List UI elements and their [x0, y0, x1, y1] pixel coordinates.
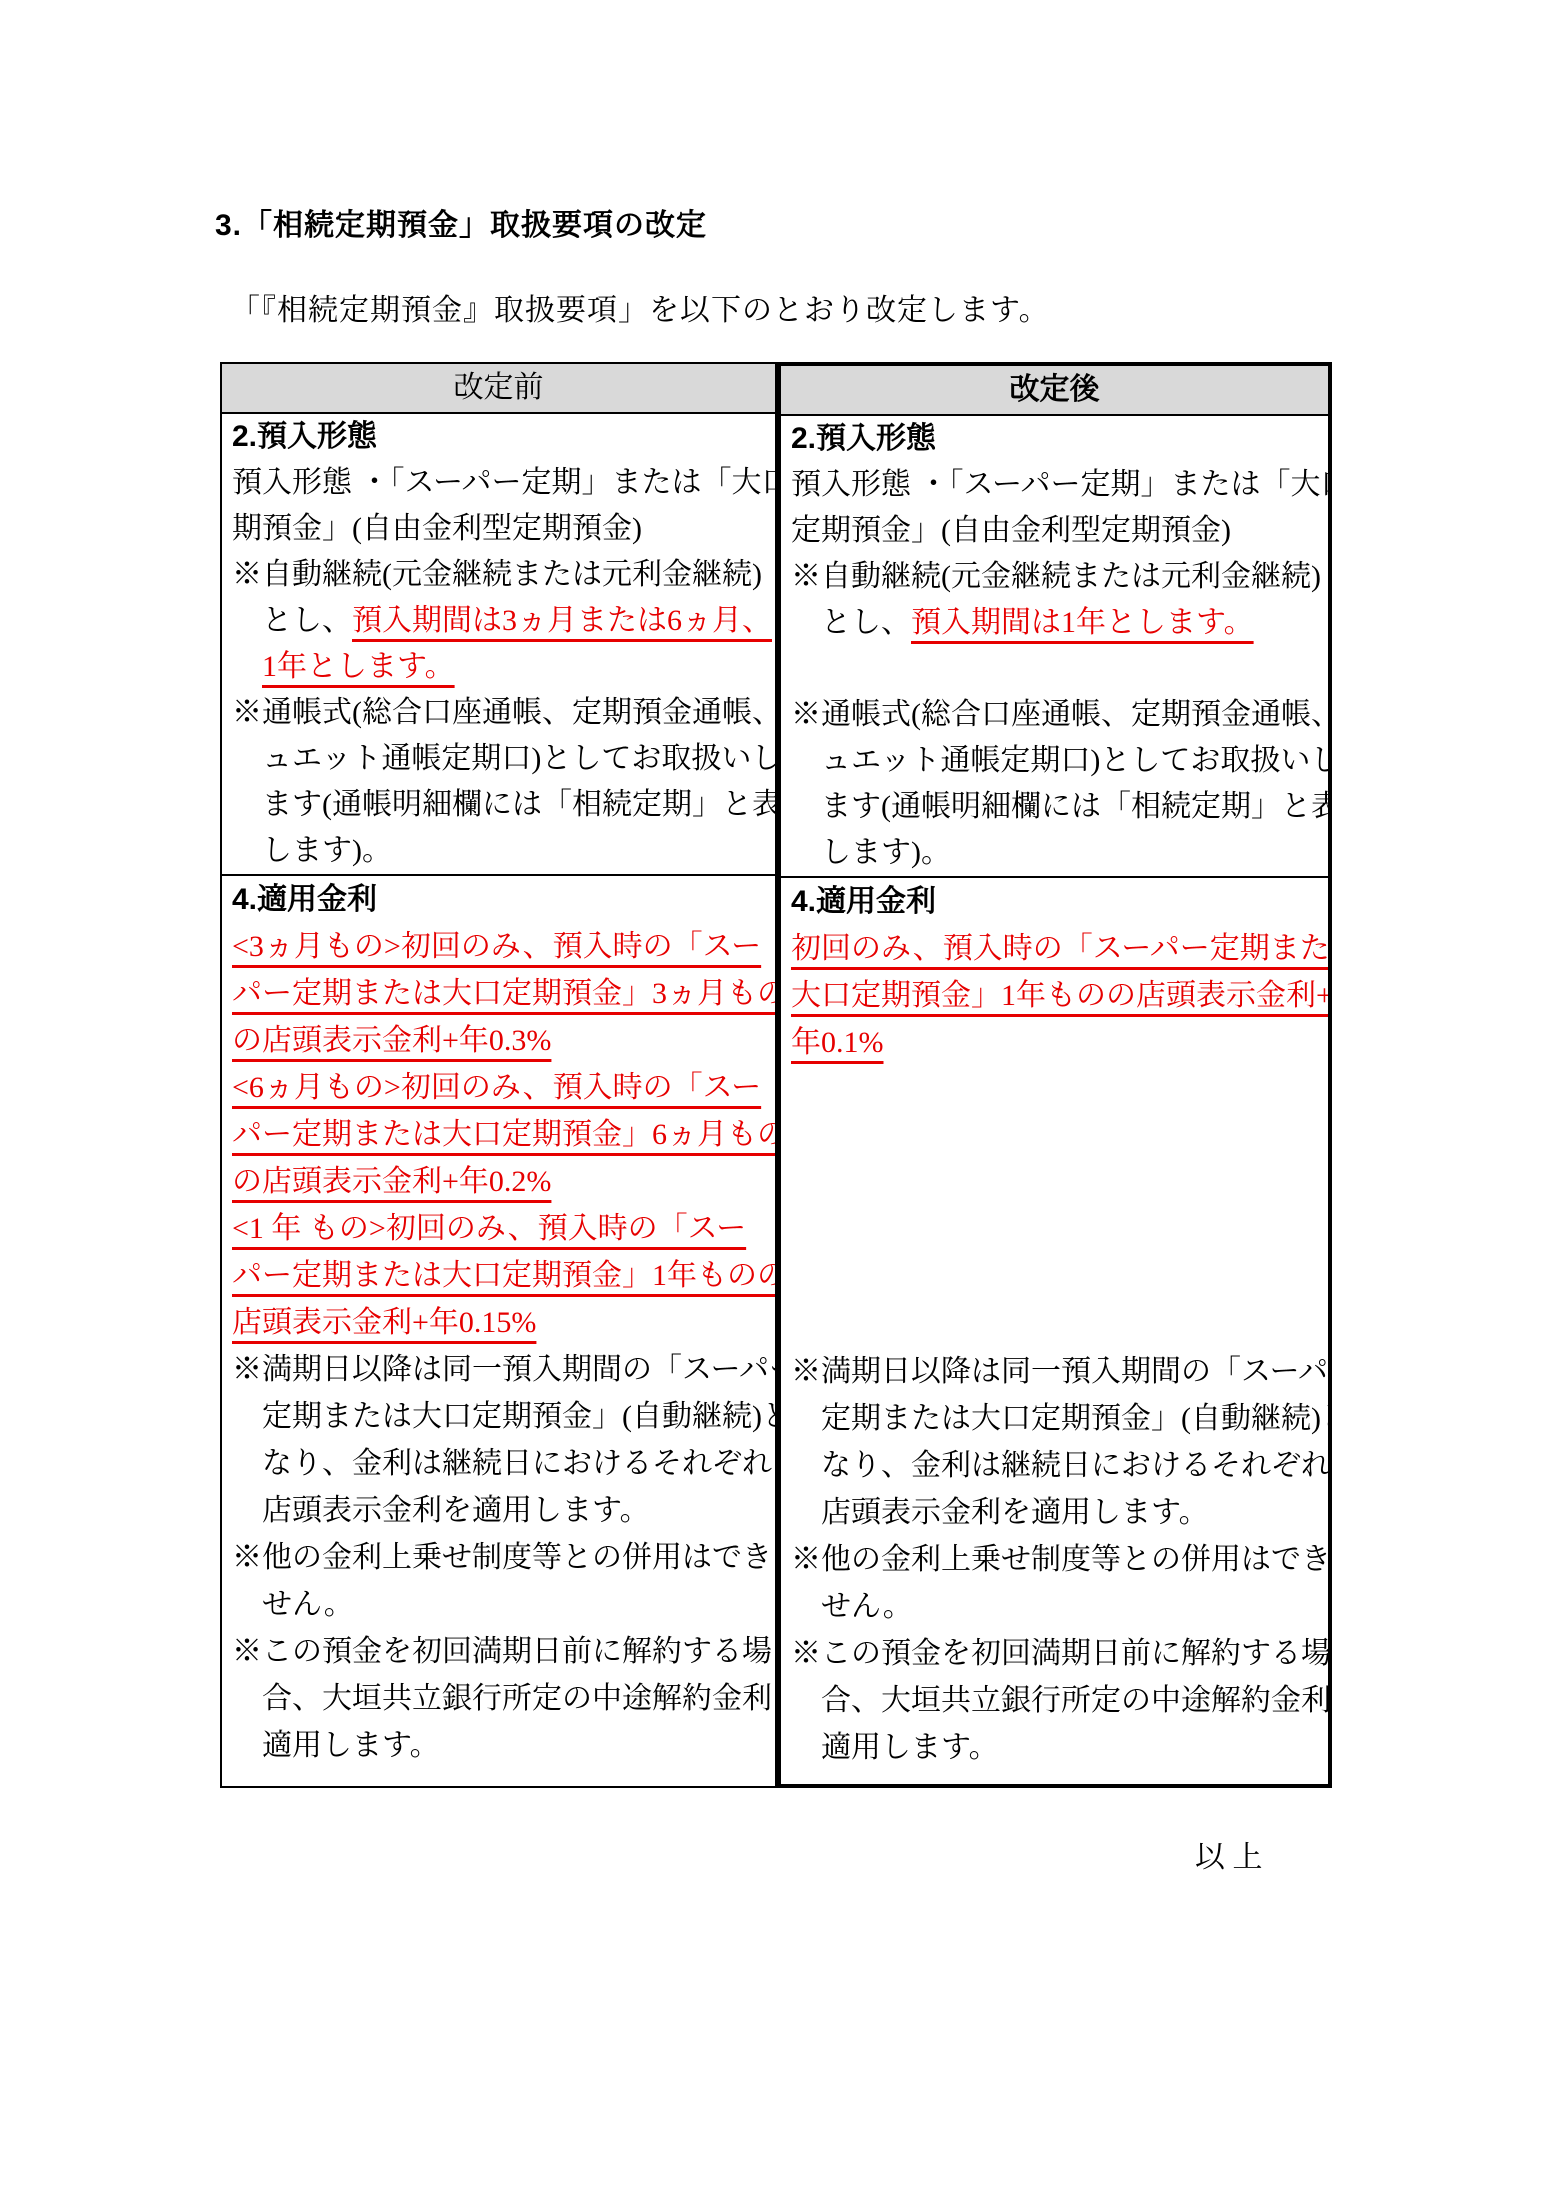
- text-run: 合、大垣共立銀行所定の中途解約金利を: [262, 1682, 775, 1715]
- text-run: します)。: [262, 834, 392, 867]
- blank-line: [791, 1113, 1318, 1160]
- text-run: ュエット通帳定期口)としてお取扱いし: [821, 744, 1328, 777]
- document-page: 3.「相続定期預金」取扱要項の改定 「『相続定期預金』取扱要項」を以下のとおり改…: [0, 0, 1551, 2194]
- page-title: 3.「相続定期預金」取扱要項の改定: [215, 200, 707, 244]
- text-line: ※満期日以降は同一預入期間の「スーパー: [791, 1348, 1318, 1395]
- blank-line: [791, 1301, 1318, 1348]
- text-run: 期預金」(自由金利型定期預金): [232, 512, 642, 545]
- text-line: ュエット通帳定期口)としてお取扱いし: [232, 736, 765, 782]
- text-run: ※自動継続(元金継続または元利金継続): [232, 558, 762, 591]
- revised-text-run: 1年とします。: [262, 650, 455, 683]
- text-run: ※他の金利上乗せ制度等との併用はできま: [232, 1541, 775, 1574]
- revised-text-run: の店頭表示金利+年0.2%: [232, 1165, 551, 1198]
- section-heading-deposit-form: 2.預入形態: [232, 414, 765, 460]
- text-run: 定期預金」(自由金利型定期預金): [791, 514, 1231, 547]
- text-run: 定期または大口定期預金」(自動継続)と: [821, 1402, 1328, 1435]
- blank-line: [791, 646, 1318, 692]
- text-line: ※通帳式(総合口座通帳、定期預金通帳、デ: [232, 690, 765, 736]
- text-run: 定期または大口定期預金」(自動継続)と: [262, 1400, 775, 1433]
- text-run: 適用します。: [262, 1729, 440, 1762]
- blank-line: [791, 1207, 1318, 1254]
- closing-text: 以 上: [1195, 1832, 1263, 1876]
- text-line: パー定期または大口定期預金」3ヵ月もの: [232, 970, 765, 1017]
- text-run: なり、金利は継続日におけるそれぞれの: [262, 1447, 775, 1480]
- revised-text-run: 初回のみ、預入時の「スーパー定期または: [791, 932, 1328, 965]
- header-after-revision: 改定後: [781, 366, 1328, 416]
- cell-before-applied-rate: 4.適用金利 <3ヵ月もの>初回のみ、預入時の「スー パー定期または大口定期預金…: [222, 876, 775, 1786]
- text-line: 定期または大口定期預金」(自動継続)と: [791, 1395, 1318, 1442]
- cell-before-deposit-form: 2.預入形態 預入形態 ・「スーパー定期」または「大口定 期預金」(自由金利型定…: [222, 414, 775, 876]
- text-run: ※満期日以降は同一預入期間の「スーパー: [791, 1355, 1328, 1388]
- text-line: します)。: [791, 830, 1318, 876]
- text-run: 店頭表示金利を適用します。: [262, 1494, 650, 1527]
- text-run: ます(通帳明細欄には「相続定期」と表記: [262, 788, 775, 821]
- text-line: ュエット通帳定期口)としてお取扱いし: [791, 738, 1318, 784]
- revised-text-run: <6ヵ月もの>初回のみ、預入時の「スー: [232, 1071, 761, 1104]
- text-line: 適用します。: [791, 1724, 1318, 1771]
- text-run: ※自動継続(元金継続または元利金継続): [791, 560, 1321, 593]
- text-line: パー定期または大口定期預金」6ヵ月もの: [232, 1111, 765, 1158]
- text-line: 定期または大口定期預金」(自動継続)と: [232, 1393, 765, 1440]
- text-line: 店頭表示金利+年0.15%: [232, 1299, 765, 1346]
- text-run: ます(通帳明細欄には「相続定期」と表記: [821, 790, 1328, 823]
- text-line: 預入形態 ・「スーパー定期」または「大口: [791, 462, 1318, 508]
- text-run: ※他の金利上乗せ制度等との併用はできま: [791, 1543, 1328, 1576]
- text-line: 合、大垣共立銀行所定の中途解約金利を: [232, 1675, 765, 1722]
- text-line: せん。: [232, 1581, 765, 1628]
- text-run: ※通帳式(総合口座通帳、定期預金通帳、デ: [791, 698, 1328, 731]
- revised-text-run: 店頭表示金利+年0.15%: [232, 1306, 536, 1339]
- text-run: 預入形態 ・「スーパー定期」または「大口定: [232, 466, 775, 499]
- text-run: なり、金利は継続日におけるそれぞれの: [821, 1449, 1328, 1482]
- text-line: ます(通帳明細欄には「相続定期」と表記: [232, 782, 765, 828]
- revised-text-run: 年0.1%: [791, 1026, 884, 1059]
- text-line: とし、預入期間は3ヵ月または6ヵ月、: [232, 598, 765, 644]
- blank-line: [791, 1254, 1318, 1301]
- text-run: とし、: [262, 604, 352, 637]
- text-line: ※この預金を初回満期日前に解約する場: [791, 1630, 1318, 1677]
- text-run: せん。: [262, 1588, 354, 1621]
- text-line: ※自動継続(元金継続または元利金継続): [791, 554, 1318, 600]
- revised-text-run: パー定期または大口定期預金」1年ものの: [232, 1259, 775, 1292]
- text-line: 預入形態 ・「スーパー定期」または「大口定: [232, 460, 765, 506]
- cell-after-deposit-form: 2.預入形態 預入形態 ・「スーパー定期」または「大口 定期預金」(自由金利型定…: [781, 416, 1328, 878]
- text-line: ※他の金利上乗せ制度等との併用はできま: [791, 1536, 1318, 1583]
- text-line: 初回のみ、預入時の「スーパー定期または: [791, 925, 1318, 972]
- text-line: します)。: [232, 828, 765, 874]
- header-before-revision: 改定前: [222, 364, 775, 414]
- text-line: <1 年 もの>初回のみ、預入時の「スー: [232, 1205, 765, 1252]
- intro-text: 「『相続定期預金』取扱要項」を以下のとおり改定します。: [230, 285, 1050, 329]
- revised-text-run: <3ヵ月もの>初回のみ、預入時の「スー: [232, 930, 761, 963]
- text-line: 期預金」(自由金利型定期預金): [232, 506, 765, 552]
- text-line: ※自動継続(元金継続または元利金継続): [232, 552, 765, 598]
- text-line: なり、金利は継続日におけるそれぞれの: [232, 1440, 765, 1487]
- column-before-revision: 改定前 2.預入形態 預入形態 ・「スーパー定期」または「大口定 期預金」(自由…: [220, 362, 777, 1788]
- revised-text-run: の店頭表示金利+年0.3%: [232, 1024, 551, 1057]
- section-heading-applied-rate: 4.適用金利: [232, 876, 765, 923]
- text-line: とし、預入期間は1年とします。: [791, 600, 1318, 646]
- blank-line: [791, 1160, 1318, 1207]
- text-line: ます(通帳明細欄には「相続定期」と表記: [791, 784, 1318, 830]
- text-line: 合、大垣共立銀行所定の中途解約金利を: [791, 1677, 1318, 1724]
- text-line: せん。: [791, 1583, 1318, 1630]
- revised-text-run: パー定期または大口定期預金」3ヵ月もの: [232, 977, 775, 1010]
- text-run: ※満期日以降は同一預入期間の「スーパー: [232, 1353, 775, 1386]
- revised-text-run: 預入期間は1年とします。: [911, 606, 1254, 639]
- blank-line: [791, 1066, 1318, 1113]
- text-line: ※この預金を初回満期日前に解約する場: [232, 1628, 765, 1675]
- text-run: せん。: [821, 1590, 913, 1623]
- text-line: 1年とします。: [232, 644, 765, 690]
- text-run: 預入形態 ・「スーパー定期」または「大口: [791, 468, 1328, 501]
- text-run: ※この預金を初回満期日前に解約する場: [232, 1635, 772, 1668]
- text-line: 適用します。: [232, 1722, 765, 1769]
- text-line: パー定期または大口定期預金」1年ものの: [232, 1252, 765, 1299]
- text-run: ュエット通帳定期口)としてお取扱いし: [262, 742, 775, 775]
- text-line: ※他の金利上乗せ制度等との併用はできま: [232, 1534, 765, 1581]
- text-line: の店頭表示金利+年0.2%: [232, 1158, 765, 1205]
- text-line: 店頭表示金利を適用します。: [232, 1487, 765, 1534]
- text-run: します)。: [821, 836, 951, 869]
- cell-after-applied-rate: 4.適用金利 初回のみ、預入時の「スーパー定期または 大口定期預金」1年ものの店…: [781, 878, 1328, 1784]
- text-line: 年0.1%: [791, 1019, 1318, 1066]
- text-line: なり、金利は継続日におけるそれぞれの: [791, 1442, 1318, 1489]
- revised-text-run: <1 年 もの>初回のみ、預入時の「スー: [232, 1212, 746, 1245]
- text-line: <6ヵ月もの>初回のみ、預入時の「スー: [232, 1064, 765, 1111]
- text-run: とし、: [821, 606, 911, 639]
- text-line: ※通帳式(総合口座通帳、定期預金通帳、デ: [791, 692, 1318, 738]
- section-heading-deposit-form: 2.預入形態: [791, 416, 1318, 462]
- revised-text-run: 大口定期預金」1年ものの店頭表示金利+: [791, 979, 1328, 1012]
- text-line: <3ヵ月もの>初回のみ、預入時の「スー: [232, 923, 765, 970]
- text-line: ※満期日以降は同一預入期間の「スーパー: [232, 1346, 765, 1393]
- text-run: 合、大垣共立銀行所定の中途解約金利を: [821, 1684, 1328, 1717]
- text-run: ※この預金を初回満期日前に解約する場: [791, 1637, 1328, 1670]
- revision-comparison-table: 改定前 2.預入形態 預入形態 ・「スーパー定期」または「大口定 期預金」(自由…: [220, 362, 1332, 1788]
- section-heading-applied-rate: 4.適用金利: [791, 878, 1318, 925]
- revised-text-run: パー定期または大口定期預金」6ヵ月もの: [232, 1118, 775, 1151]
- text-line: の店頭表示金利+年0.3%: [232, 1017, 765, 1064]
- text-run: 店頭表示金利を適用します。: [821, 1496, 1209, 1529]
- text-run: 適用します。: [821, 1731, 999, 1764]
- text-run: ※通帳式(総合口座通帳、定期預金通帳、デ: [232, 696, 775, 729]
- text-line: 定期預金」(自由金利型定期預金): [791, 508, 1318, 554]
- revised-text-run: 預入期間は3ヵ月または6ヵ月、: [352, 604, 772, 637]
- text-line: 店頭表示金利を適用します。: [791, 1489, 1318, 1536]
- text-line: 大口定期預金」1年ものの店頭表示金利+: [791, 972, 1318, 1019]
- column-after-revision: 改定後 2.預入形態 預入形態 ・「スーパー定期」または「大口 定期預金」(自由…: [777, 362, 1332, 1788]
